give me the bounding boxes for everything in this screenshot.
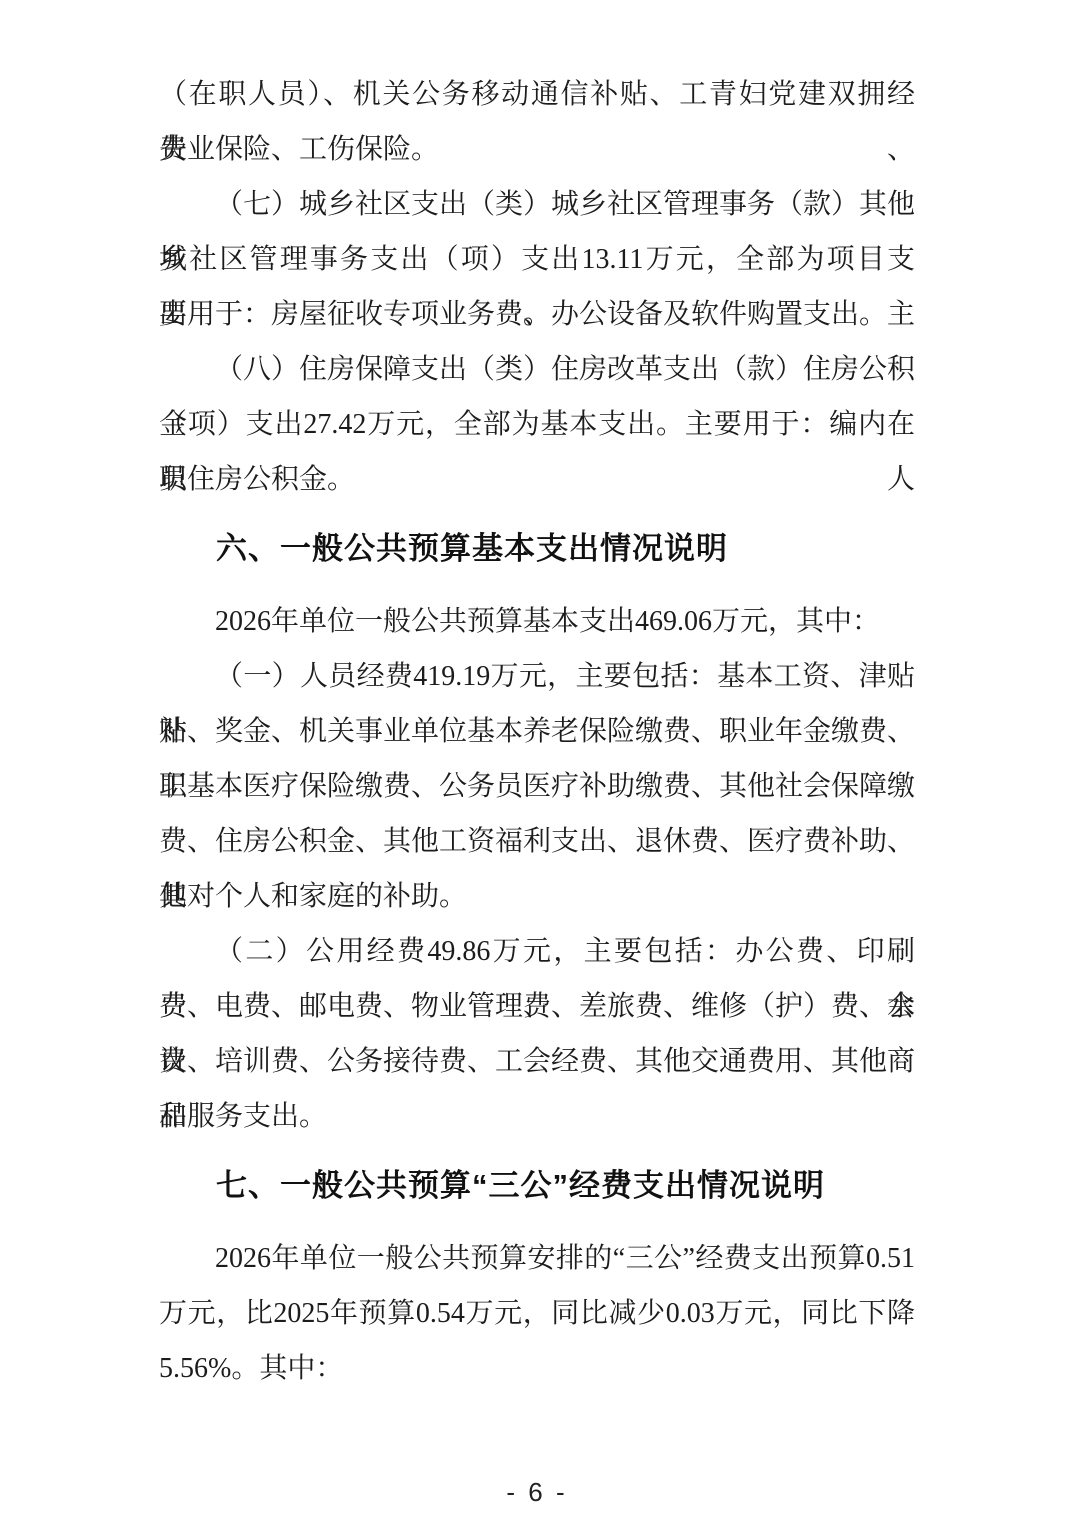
text-line: 费、培训费、公务接待费、工会经费、其他交通费用、其他商品 <box>159 1034 915 1089</box>
text-line: 工基本医疗保险缴费、公务员医疗补助缴费、其他社会保障缴 <box>159 759 915 814</box>
text-line: （七）城乡社区支出（类）城乡社区管理事务（款）其他城 <box>159 177 915 232</box>
text-line: （一）人员经费419.19万元，主要包括：基本工资、津贴补 <box>159 649 915 704</box>
text-line: 他对个人和家庭的补助。 <box>159 869 915 924</box>
text-line: 2026年单位一般公共预算安排的“三公”经费支出预算0.51 <box>159 1231 915 1286</box>
text-line: （在职人员）、机关公务移动通信补贴、工青妇党建双拥经费、 <box>159 67 915 122</box>
section-heading-6: 六、一般公共预算基本支出情况说明 <box>159 521 915 576</box>
text-line: 5.56%。其中： <box>159 1341 915 1396</box>
text-line: 乡社区管理事务支出（项）支出13.11万元，全部为项目支出。主 <box>159 232 915 287</box>
text-line: （二）公用经费49.86万元，主要包括：办公费、印刷费、水 <box>159 924 915 979</box>
text-line: （项）支出27.42万元，全部为基本支出。主要用于：编内在职人 <box>159 397 915 452</box>
text-line: （八）住房保障支出（类）住房改革支出（款）住房公积金 <box>159 342 915 397</box>
text-line: 贴、奖金、机关事业单位基本养老保险缴费、职业年金缴费、职 <box>159 704 915 759</box>
text-line: 要用于：房屋征收专项业务费、办公设备及软件购置支出。 <box>159 287 915 342</box>
text-line: 费、住房公积金、其他工资福利支出、退休费、医疗费补助、其 <box>159 814 915 869</box>
text-line: 和服务支出。 <box>159 1089 915 1144</box>
document-page: （在职人员）、机关公务移动通信补贴、工青妇党建双拥经费、 失业保险、工伤保险。 … <box>0 0 1074 1520</box>
document-body: （在职人员）、机关公务移动通信补贴、工青妇党建双拥经费、 失业保险、工伤保险。 … <box>159 67 915 1396</box>
text-line: 2026年单位一般公共预算基本支出469.06万元，其中： <box>159 594 915 649</box>
page-number: - 6 - <box>0 1477 1074 1508</box>
text-line: 费、电费、邮电费、物业管理费、差旅费、维修（护）费、会议 <box>159 979 915 1034</box>
section-heading-7: 七、一般公共预算“三公”经费支出情况说明 <box>159 1158 915 1213</box>
text-line: 万元，比2025年预算0.54万元，同比减少0.03万元，同比下降 <box>159 1286 915 1341</box>
